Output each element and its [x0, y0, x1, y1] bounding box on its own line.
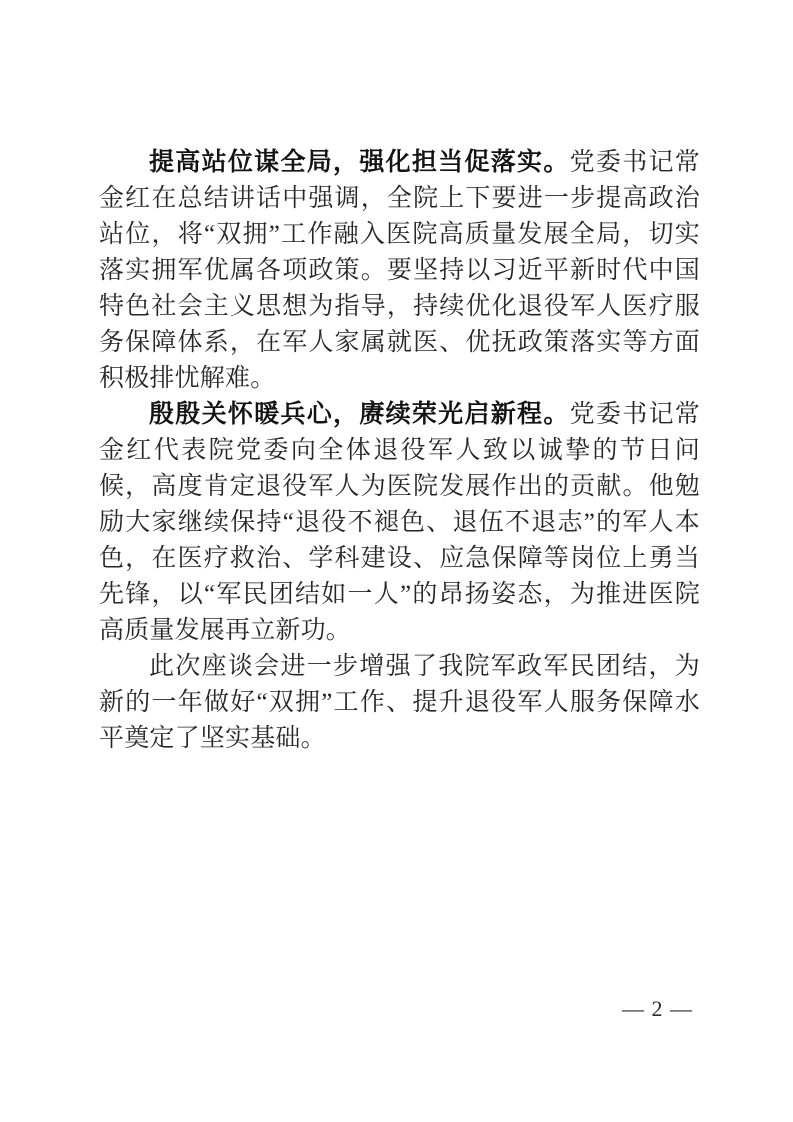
document-body: 提高站位谋全局，强化担当促落实。党委书记常金红在总结讲话中强调，全院上下要进一步…	[99, 145, 700, 757]
document-page: 提高站位谋全局，强化担当促落实。党委书记常金红在总结讲话中强调，全院上下要进一步…	[0, 0, 793, 1122]
paragraph-body: 党委书记常金红代表院党委向全体退役军人致以诚挚的节日问候，高度肯定退役军人为医院…	[99, 401, 700, 644]
paragraph-lead-bold: 提高站位谋全局，强化担当促落实。	[149, 149, 570, 176]
paragraph-body: 党委书记常金红在总结讲话中强调，全院上下要进一步提高政治站位，将“双拥”工作融入…	[99, 149, 700, 392]
paragraph: 提高站位谋全局，强化担当促落实。党委书记常金红在总结讲话中强调，全院上下要进一步…	[99, 145, 700, 397]
paragraph: 此次座谈会进一步增强了我院军政军民团结，为新的一年做好“双拥”工作、提升退役军人…	[99, 649, 700, 757]
paragraph-lead-bold: 殷殷关怀暖兵心，赓续荣光启新程。	[149, 401, 570, 428]
paragraph: 殷殷关怀暖兵心，赓续荣光启新程。党委书记常金红代表院党委向全体退役军人致以诚挚的…	[99, 397, 700, 649]
page-number: — 2 —	[622, 997, 693, 1021]
paragraph-body: 此次座谈会进一步增强了我院军政军民团结，为新的一年做好“双拥”工作、提升退役军人…	[99, 653, 700, 752]
